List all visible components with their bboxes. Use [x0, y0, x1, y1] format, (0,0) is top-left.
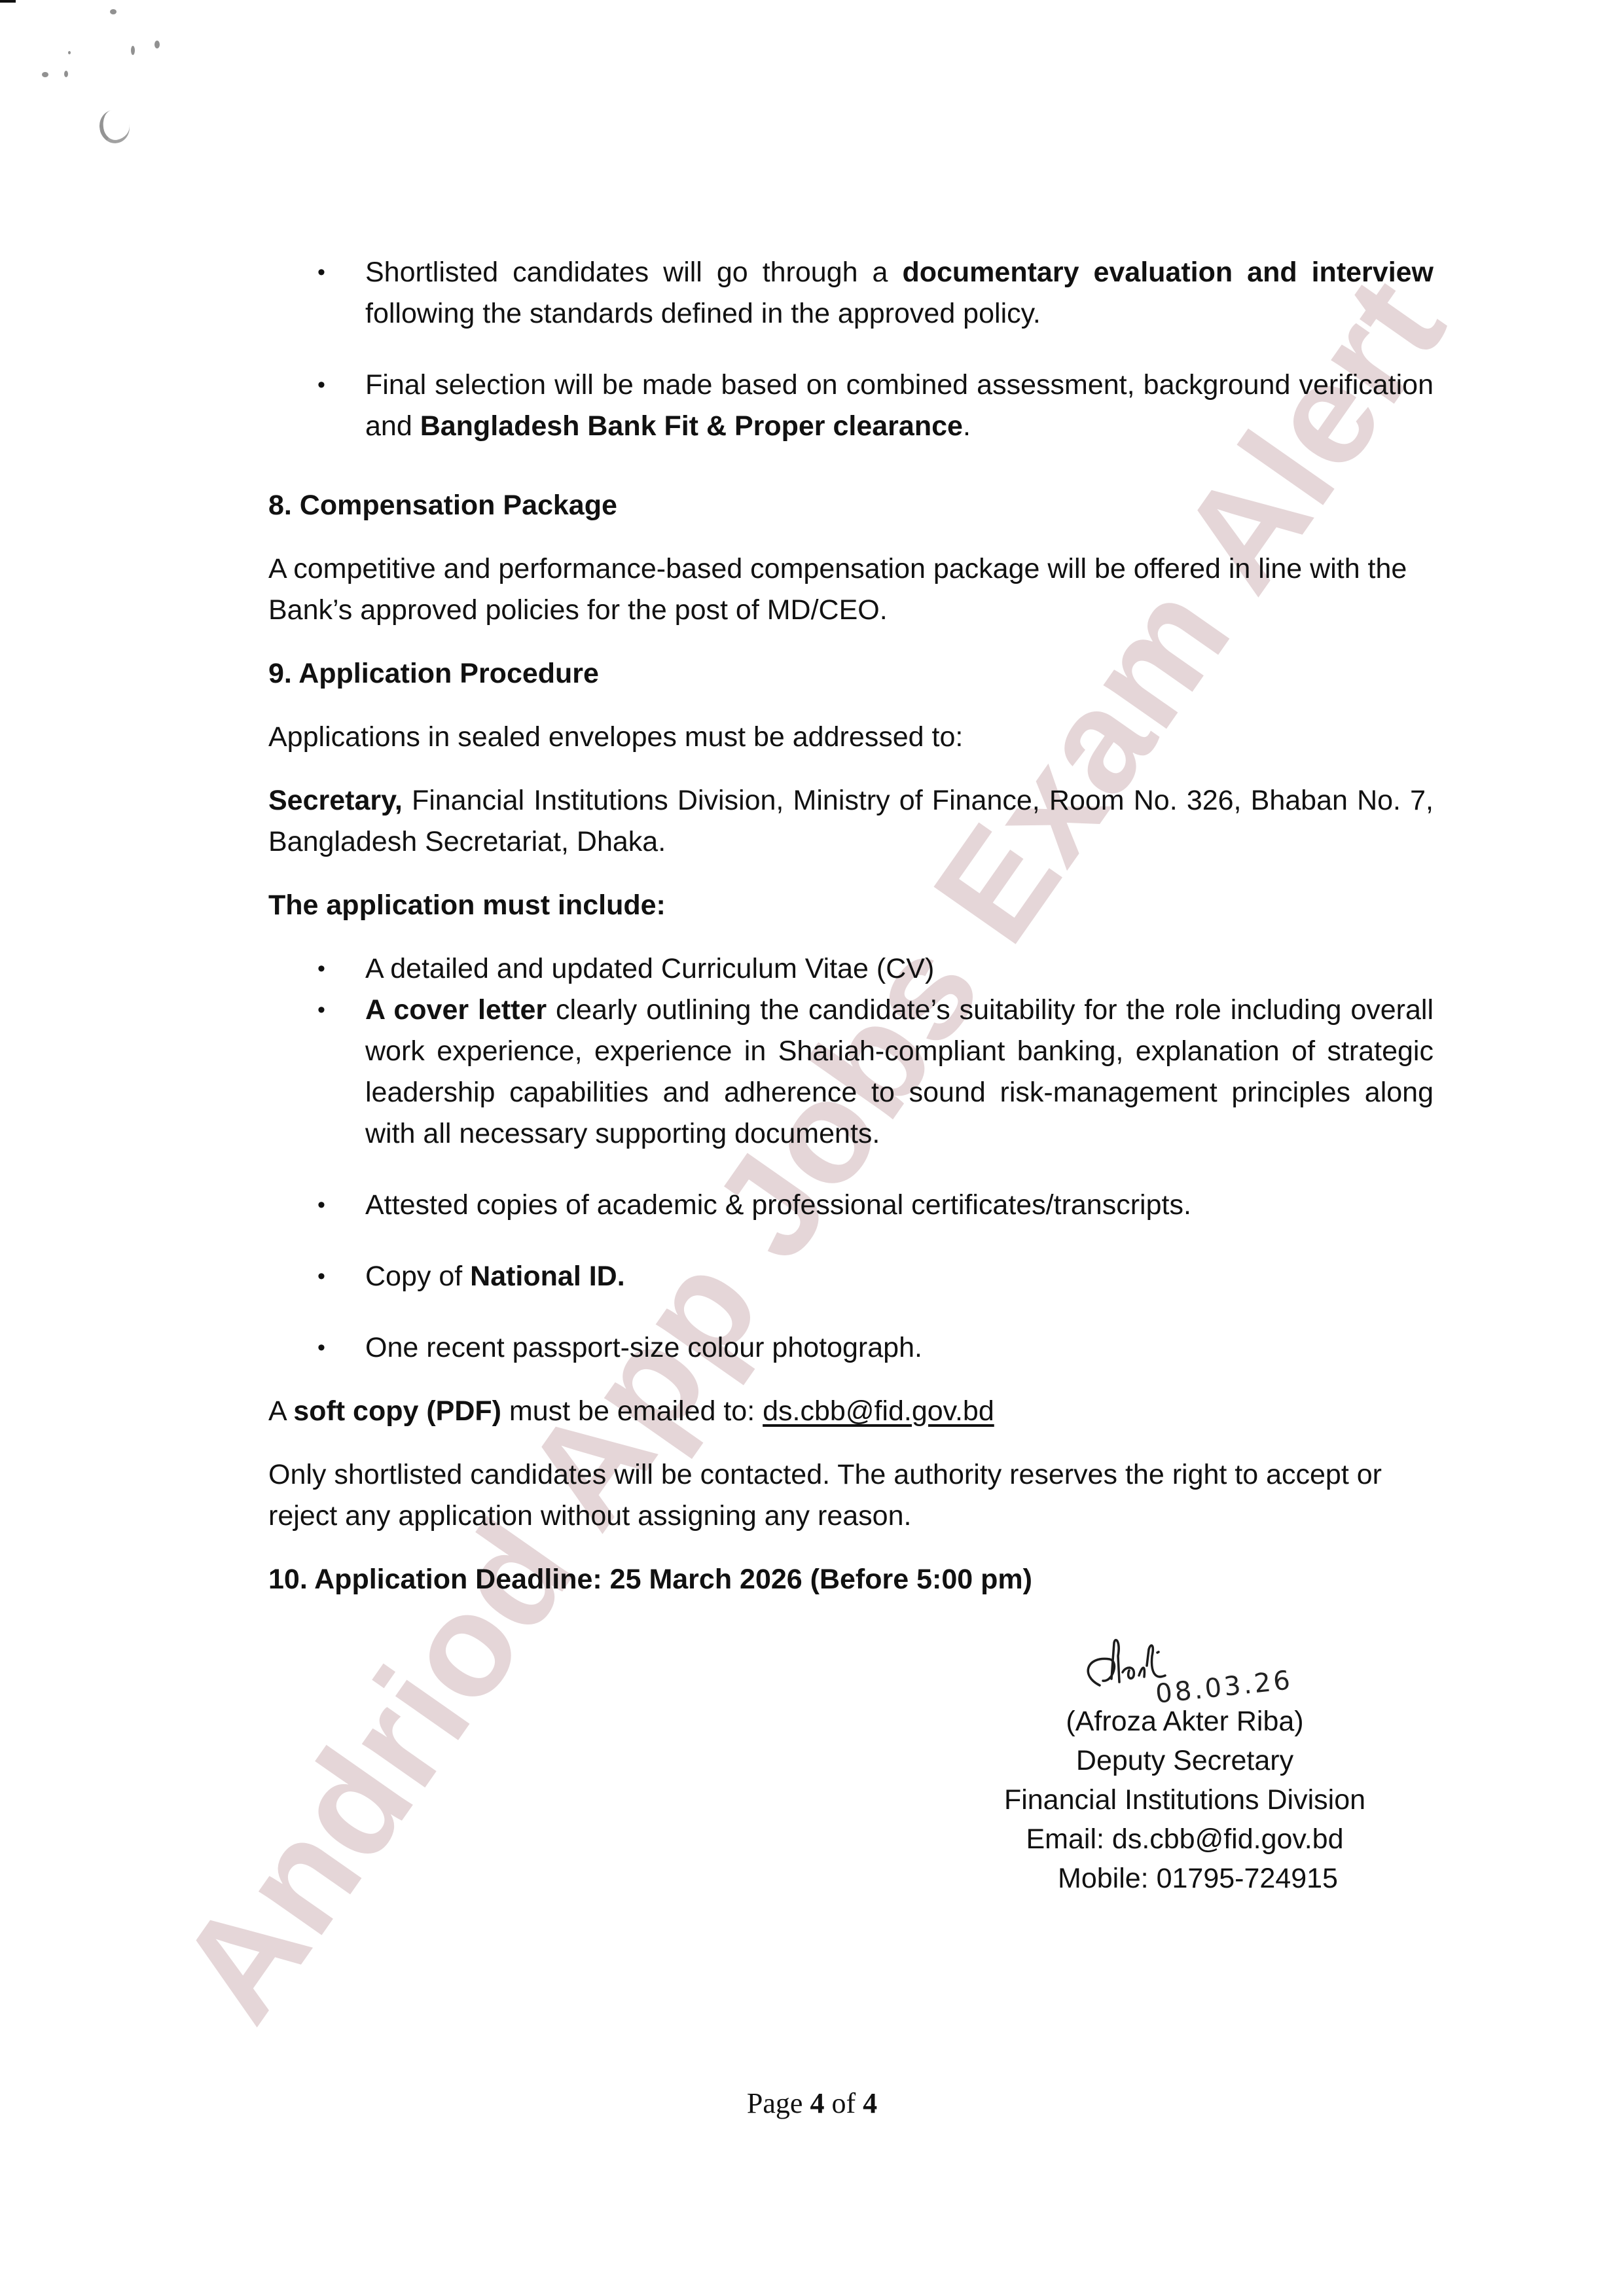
bullet-icon: •	[317, 990, 325, 1031]
page-total: 4	[863, 2087, 877, 2119]
list-item-text: One recent passport-size colour photogra…	[365, 1332, 922, 1363]
bullet-icon: •	[317, 365, 325, 406]
document-body: •Shortlisted candidates will go through …	[268, 252, 1434, 1600]
must-include-heading: The application must include:	[268, 885, 1434, 926]
soft-copy-suffix: must be emailed to:	[501, 1395, 763, 1427]
bullet-icon: •	[317, 1185, 325, 1226]
list-item: •A cover letter clearly outlining the ca…	[268, 990, 1434, 1155]
selection-process-list: •Shortlisted candidates will go through …	[268, 252, 1434, 447]
list-item: •Final selection will be made based on c…	[268, 365, 1434, 447]
list-item: •Copy of National ID.	[268, 1256, 1434, 1297]
list-item-text: .	[963, 410, 971, 442]
scan-smudge	[97, 107, 132, 145]
emphasis-text: documentary evaluation and interview	[902, 257, 1434, 288]
list-item: •Shortlisted candidates will go through …	[268, 252, 1434, 334]
list-item: •A detailed and updated Curriculum Vitae…	[268, 948, 1434, 990]
page-label: Page	[747, 2087, 803, 2119]
scan-speck	[68, 51, 71, 54]
list-item: •One recent passport-size colour photogr…	[268, 1327, 1434, 1369]
signatory-email: Email: ds.cbb@fid.gov.bd	[975, 1820, 1394, 1859]
section-8-body: A competitive and performance-based comp…	[268, 548, 1434, 631]
page-of-label: of	[831, 2087, 856, 2119]
soft-copy-prefix: A	[268, 1395, 293, 1427]
scan-speck	[64, 71, 68, 77]
list-item: •Attested copies of academic & professio…	[268, 1185, 1434, 1226]
soft-copy-label: soft copy (PDF)	[293, 1395, 501, 1427]
list-item-text: Attested copies of academic & profession…	[365, 1189, 1191, 1221]
bullet-icon: •	[317, 1327, 325, 1369]
requirements-list: •A detailed and updated Curriculum Vitae…	[268, 948, 1434, 1369]
page-current: 4	[810, 2087, 824, 2119]
section-8-heading: 8. Compensation Package	[268, 485, 1434, 526]
scan-speck	[131, 46, 135, 55]
closing-note: Only shortlisted candidates will be cont…	[268, 1454, 1434, 1537]
emphasis-text: A cover letter	[365, 994, 547, 1026]
scan-speck	[154, 41, 160, 48]
scan-edge-mark	[0, 0, 16, 3]
scan-speck	[110, 9, 117, 14]
list-item-text: A detailed and updated Curriculum Vitae …	[365, 953, 934, 984]
signatory-designation: Deputy Secretary	[975, 1741, 1394, 1780]
section-9-heading: 9. Application Procedure	[268, 653, 1434, 694]
list-item-text: Copy of	[365, 1261, 470, 1292]
emphasis-text: National ID.	[470, 1261, 625, 1292]
bullet-icon: •	[317, 948, 325, 990]
bullet-icon: •	[317, 252, 325, 293]
section-10-deadline: 10. Application Deadline: 25 March 2026 …	[268, 1559, 1434, 1600]
address-details: Financial Institutions Division, Ministr…	[268, 785, 1434, 857]
signature-block: 08.03.26 (Afroza Akter Riba) Deputy Secr…	[975, 1630, 1394, 1898]
signatory-division: Financial Institutions Division	[975, 1780, 1394, 1820]
bullet-icon: •	[317, 1256, 325, 1297]
list-item-text: Shortlisted candidates will go through a	[365, 257, 902, 288]
handwritten-signature: 08.03.26	[975, 1630, 1394, 1702]
emphasis-text: Bangladesh Bank Fit & Proper clearance	[420, 410, 963, 442]
scan-speck	[42, 72, 48, 77]
list-item-text: following the standards defined in the a…	[365, 298, 1041, 329]
submission-email-link[interactable]: ds.cbb@fid.gov.bd	[763, 1395, 994, 1427]
page-footer: Page 4 of 4	[0, 2087, 1624, 2120]
soft-copy-instruction: A soft copy (PDF) must be emailed to: ds…	[268, 1391, 1434, 1432]
signatory-mobile: Mobile: 01795-724915	[975, 1859, 1394, 1898]
address-recipient: Secretary,	[268, 785, 403, 816]
mailing-address: Secretary, Financial Institutions Divisi…	[268, 780, 1434, 863]
section-9-intro: Applications in sealed envelopes must be…	[268, 717, 1434, 758]
